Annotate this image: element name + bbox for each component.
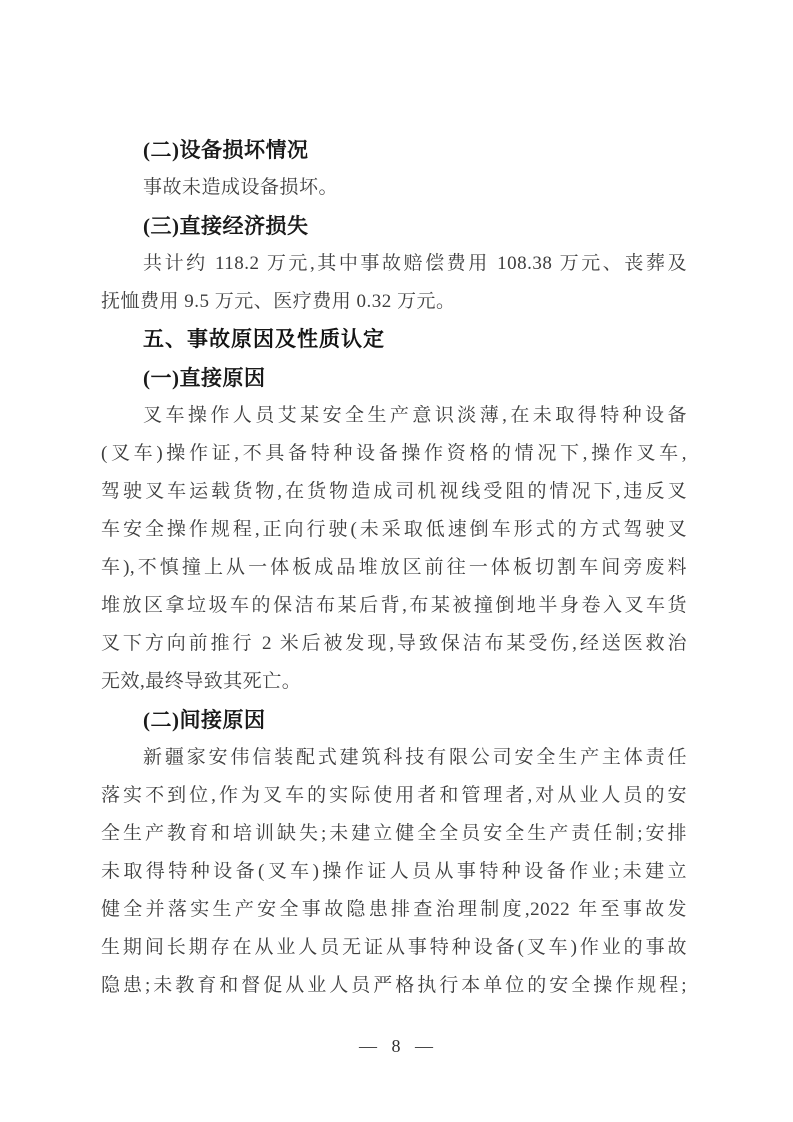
heading-direct-economic-loss: (三)直接经济损失 [101, 207, 687, 245]
page-number: — 8 — [0, 1036, 793, 1057]
heading-equipment-damage: (二)设备损坏情况 [101, 131, 687, 169]
para-direct-cause-line-2: (叉车)操作证,不具备特种设备操作资格的情况下,操作叉车, [101, 435, 687, 473]
para-indirect-cause-line-2: 落实不到位,作为叉车的实际使用者和管理者,对从业人员的安 [101, 777, 687, 815]
para-indirect-cause-line-7: 隐患;未教育和督促从业人员严格执行本单位的安全操作规程; [101, 967, 687, 1005]
para-economic-loss-line-1: 共计约 118.2 万元,其中事故赔偿费用 108.38 万元、丧葬及 [101, 245, 687, 283]
para-direct-cause-line-5: 车),不慎撞上从一体板成品堆放区前往一体板切割车间旁废料 [101, 549, 687, 587]
para-economic-loss-line-2: 抚恤费用 9.5 万元、医疗费用 0.32 万元。 [101, 283, 687, 321]
para-indirect-cause-line-5: 健全并落实生产安全事故隐患排查治理制度,2022 年至事故发 [101, 891, 687, 929]
para-indirect-cause-line-6: 生期间长期存在从业人员无证从事特种设备(叉车)作业的事故 [101, 929, 687, 967]
para-equipment-damage: 事故未造成设备损坏。 [101, 169, 687, 207]
para-indirect-cause-line-1: 新疆家安伟信装配式建筑科技有限公司安全生产主体责任 [101, 739, 687, 777]
heading-indirect-cause: (二)间接原因 [101, 701, 687, 739]
heading-accident-causes: 五、事故原因及性质认定 [101, 321, 687, 359]
heading-direct-cause: (一)直接原因 [101, 359, 687, 397]
para-direct-cause-line-8: 无效,最终导致其死亡。 [101, 663, 687, 701]
para-direct-cause-line-3: 驾驶叉车运载货物,在货物造成司机视线受阻的情况下,违反叉 [101, 473, 687, 511]
para-direct-cause-line-4: 车安全操作规程,正向行驶(未采取低速倒车形式的方式驾驶叉 [101, 511, 687, 549]
para-direct-cause-line-7: 叉下方向前推行 2 米后被发现,导致保洁布某受伤,经送医救治 [101, 625, 687, 663]
para-indirect-cause-line-3: 全生产教育和培训缺失;未建立健全全员安全生产责任制;安排 [101, 815, 687, 853]
report-body: (二)设备损坏情况 事故未造成设备损坏。 (三)直接经济损失 共计约 118.2… [101, 131, 687, 1005]
para-indirect-cause-line-4: 未取得特种设备(叉车)操作证人员从事特种设备作业;未建立 [101, 853, 687, 891]
para-direct-cause-line-1: 叉车操作人员艾某安全生产意识淡薄,在未取得特种设备 [101, 397, 687, 435]
para-direct-cause-line-6: 堆放区拿垃圾车的保洁布某后背,布某被撞倒地半身卷入叉车货 [101, 587, 687, 625]
document-page: (二)设备损坏情况 事故未造成设备损坏。 (三)直接经济损失 共计约 118.2… [0, 0, 793, 1122]
